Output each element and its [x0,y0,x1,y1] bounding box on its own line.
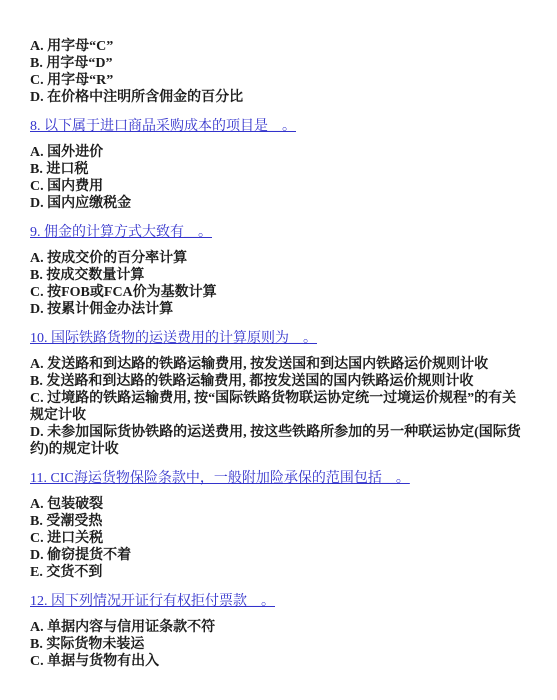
option-7-C: C. 用字母“R” [30,72,524,89]
question-12: 12. 因下列情况开证行有权拒付票款__。 A. 单据内容与信用证条款不符 B.… [30,593,524,670]
option-11-D: D. 偷窃提货不着 [30,547,524,564]
question-11-heading: 11. CIC海运货物保险条款中，一般附加险承保的范围包括__。 [30,470,524,487]
option-11-B: B. 受潮受热 [30,513,524,530]
option-7-A: A. 用字母“C” [30,38,524,55]
question-8-heading: 8. 以下属于进口商品采购成本的项目是__。 [30,118,524,135]
option-10-B: B. 发送路和到达路的铁路运输费用, 都按发送国的国内铁路运价规则计收 [30,373,524,390]
option-10-D: D. 未参加国际货协铁路的运送费用, 按这些铁路所参加的另一种联运协定(国际货约… [30,424,524,458]
option-9-A: A. 按成交价的百分率计算 [30,250,524,267]
option-8-D: D. 国内应缴税金 [30,195,524,212]
option-9-B: B. 按成交数量计算 [30,267,524,284]
option-12-B: B. 实际货物未装运 [30,636,524,653]
option-11-A: A. 包装破裂 [30,496,524,513]
question-9-link[interactable]: 9. 佣金的计算方式大致有__。 [30,225,212,240]
option-11-C: C. 进口关税 [30,530,524,547]
question-8: 8. 以下属于进口商品采购成本的项目是__。 A. 国外进价 B. 进口税 C.… [30,118,524,212]
question-12-link[interactable]: 12. 因下列情况开证行有权拒付票款__。 [30,594,275,609]
question-8-link[interactable]: 8. 以下属于进口商品采购成本的项目是__。 [30,119,296,134]
option-7-B: B. 用字母“D” [30,55,524,72]
question-11: 11. CIC海运货物保险条款中，一般附加险承保的范围包括__。 A. 包装破裂… [30,470,524,581]
question-12-heading: 12. 因下列情况开证行有权拒付票款__。 [30,593,524,610]
question-11-link[interactable]: 11. CIC海运货物保险条款中，一般附加险承保的范围包括__。 [30,471,410,486]
question-10-link[interactable]: 10. 国际铁路货物的运送费用的计算原则为__。 [30,331,317,346]
question-9-heading: 9. 佣金的计算方式大致有__。 [30,224,524,241]
option-8-B: B. 进口税 [30,161,524,178]
option-9-C: C. 按FOB或FCA价为基数计算 [30,284,524,301]
question-9: 9. 佣金的计算方式大致有__。 A. 按成交价的百分率计算 B. 按成交数量计… [30,224,524,318]
option-7-D: D. 在价格中注明所含佣金的百分比 [30,89,524,106]
question-10-heading: 10. 国际铁路货物的运送费用的计算原则为__。 [30,330,524,347]
option-12-C: C. 单据与货物有出入 [30,653,524,670]
option-9-D: D. 按累计佣金办法计算 [30,301,524,318]
question-7-partial: A. 用字母“C” B. 用字母“D” C. 用字母“R” D. 在价格中注明所… [30,38,524,106]
option-12-A: A. 单据内容与信用证条款不符 [30,619,524,636]
question-10: 10. 国际铁路货物的运送费用的计算原则为__。 A. 发送路和到达路的铁路运输… [30,330,524,458]
option-8-C: C. 国内费用 [30,178,524,195]
option-10-A: A. 发送路和到达路的铁路运输费用, 按发送国和到达国内铁路运价规则计收 [30,356,524,373]
option-10-C: C. 过境路的铁路运输费用, 按“国际铁路货物联运协定统一过境运价规程”的有关规… [30,390,524,424]
exam-document-page: A. 用字母“C” B. 用字母“D” C. 用字母“R” D. 在价格中注明所… [0,0,557,700]
option-8-A: A. 国外进价 [30,144,524,161]
option-11-E: E. 交货不到 [30,564,524,581]
